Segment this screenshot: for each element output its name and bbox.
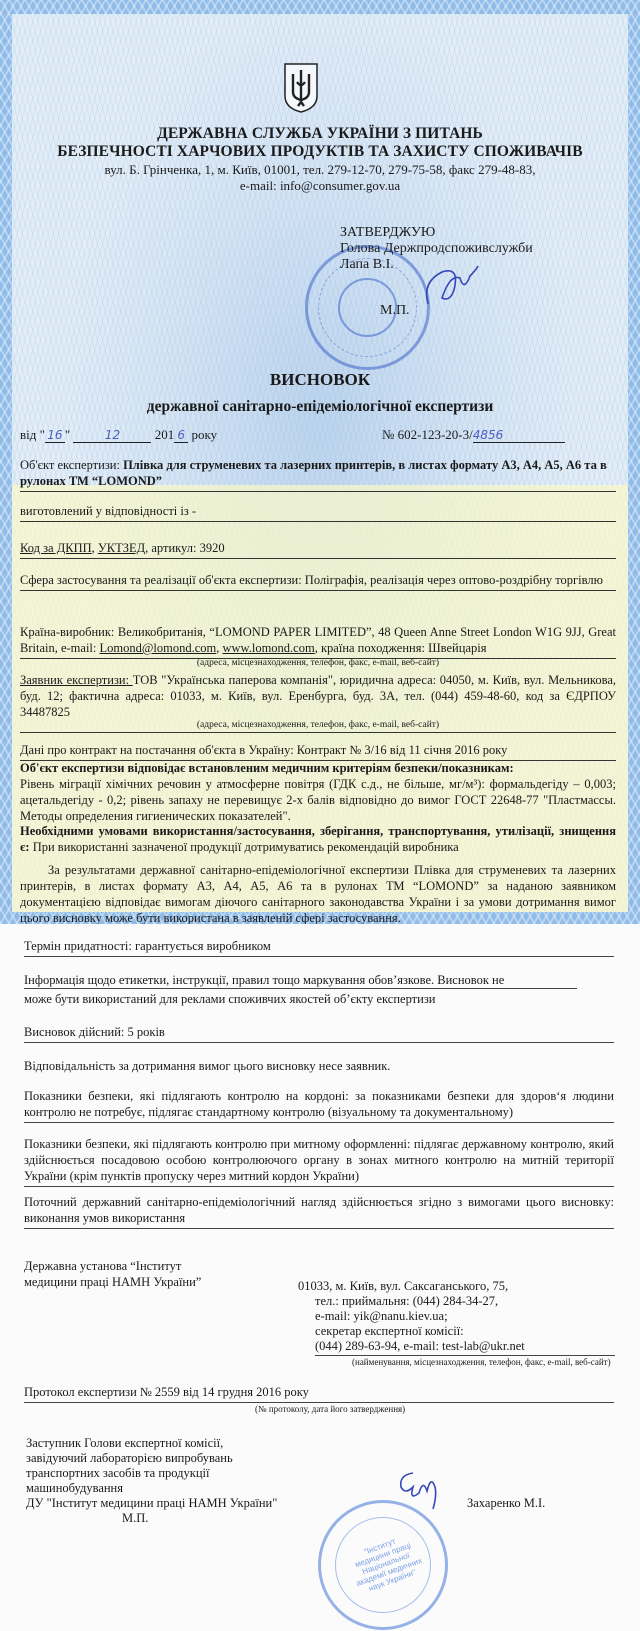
manufacturer-email-link[interactable]: Lomond@lomond.com bbox=[100, 641, 217, 655]
protocol-caption: (№ протоколу, дата його затвердження) bbox=[255, 1404, 405, 1414]
institution-name-line-2: медицини праці НАМН України” bbox=[24, 1275, 201, 1290]
institution-secretary-contact: (044) 289-63-94, e-mail: test-lab@ukr.ne… bbox=[315, 1339, 615, 1356]
document-subtitle: державної санітарно-епідеміологічної екс… bbox=[0, 398, 640, 416]
institution-name-line-1: Державна установа “Інститут bbox=[24, 1259, 181, 1274]
approver-position: Голова Держпродспоживслужби bbox=[340, 241, 533, 257]
seal-label: М.П. bbox=[380, 303, 410, 319]
field-shelf-life: Термін придатності: гарантується виробни… bbox=[24, 938, 614, 957]
field-customs-control: Показники безпеки, які підлягають контро… bbox=[24, 1136, 614, 1187]
field-protocol: Протокол експертизи № 2559 від 14 грудня… bbox=[24, 1384, 614, 1403]
issue-day: 16 bbox=[45, 428, 65, 443]
conclusion-paragraph: За результатами державної санітарно-епід… bbox=[20, 862, 616, 928]
institution-email: e-mail: yik@nanu.kiev.ua; bbox=[315, 1309, 448, 1324]
applicant-caption: (адреса, місцезнаходження, телефон, факс… bbox=[20, 720, 616, 733]
field-conditions: Необхідними умовами використання/застосу… bbox=[20, 823, 616, 857]
field-border-control: Показники безпеки, які підлягають контро… bbox=[24, 1088, 614, 1123]
certificate-page-1: ДЕРЖАВНА СЛУЖБА УКРАЇНИ З ПИТАНЬ БЕЗПЕЧН… bbox=[0, 0, 640, 924]
agency-address: вул. Б. Грінченка, 1, м. Київ, 01001, те… bbox=[0, 162, 640, 178]
signer-title-3: транспортних засобів та продукції bbox=[26, 1466, 209, 1481]
institution-caption: (найменування, місцезнаходження, телефон… bbox=[352, 1357, 611, 1367]
signer-title-5: ДУ "Інститут медицини праці НАМН України… bbox=[26, 1496, 277, 1511]
agency-email: e-mail: info@consumer.gov.ua bbox=[0, 178, 640, 194]
document-number: № 602-123-20-3/4856 bbox=[382, 427, 565, 443]
institution-address: 01033, м. Київ, вул. Саксаганського, 75, bbox=[298, 1279, 508, 1294]
agency-name-line-1: ДЕРЖАВНА СЛУЖБА УКРАЇНИ З ПИТАНЬ bbox=[0, 125, 640, 143]
trident-coat-of-arms-icon bbox=[283, 62, 319, 114]
signer-title-1: Заступник Голови експертної комісії, bbox=[26, 1436, 223, 1451]
signer-name: Захаренко М.І. bbox=[467, 1496, 545, 1511]
field-manufacturer: Країна-виробник: Великобританія, “LOMOND… bbox=[20, 624, 616, 659]
field-contract: Дані про контракт на постачання об'єкта … bbox=[20, 742, 616, 761]
approver-name: Лапа В.І. bbox=[340, 257, 394, 273]
signer-title-4: машинобудування bbox=[26, 1481, 123, 1496]
institute-seal-stamp: "Інститут медицини праці Національної ак… bbox=[318, 1500, 448, 1630]
issue-month: 12 bbox=[73, 428, 151, 443]
field-applicant: Заявник експертизи: ТОВ "Українська папе… bbox=[20, 672, 616, 722]
agency-name-line-2: БЕЗПЕЧНОСТІ ХАРЧОВИХ ПРОДУКТІВ ТА ЗАХИСТ… bbox=[0, 143, 640, 161]
field-validity: Висновок дійсний: 5 років bbox=[24, 1024, 614, 1043]
approval-heading: ЗАТВЕРДЖУЮ bbox=[340, 225, 435, 241]
field-made-per: виготовлений у відповідності із - bbox=[20, 503, 616, 522]
signature-head bbox=[420, 262, 480, 312]
manufacturer-caption: (адреса, місцезнаходження, телефон, факс… bbox=[20, 658, 616, 668]
field-scope: Сфера застосування та реалізації об'єкта… bbox=[20, 572, 616, 591]
signer-seal-label: М.П. bbox=[122, 1511, 148, 1526]
issue-date: від "16" 12 2016 року bbox=[20, 427, 217, 443]
signer-title-2: завідуючий лабораторією випробувань bbox=[26, 1451, 233, 1466]
document-number-handwritten: 4856 bbox=[473, 428, 565, 443]
criteria-text: Рівень міграції хімічних речовин у атмос… bbox=[20, 776, 616, 826]
institution-secretary: секретар експертної комісії: bbox=[315, 1324, 464, 1339]
document-title: ВИСНОВОК bbox=[0, 370, 640, 390]
field-object: Об'єкт експертизи: Плівка для струменеви… bbox=[20, 457, 616, 492]
issue-year-digit: 6 bbox=[174, 428, 188, 443]
field-product-code: Код за ДКПП, УКТЗЕД, артикул: 3920 bbox=[20, 540, 616, 559]
manufacturer-website-link[interactable]: www.lomond.com bbox=[222, 641, 314, 655]
field-responsibility: Відповідальність за дотримання вимог цьо… bbox=[24, 1058, 614, 1076]
field-label-info: Інформація щодо етикетки, інструкції, пр… bbox=[24, 972, 614, 1009]
field-supervision: Поточний державний санітарно-епідеміолог… bbox=[24, 1194, 614, 1229]
institution-phone: тел.: приймальня: (044) 284-34-27, bbox=[315, 1294, 498, 1309]
